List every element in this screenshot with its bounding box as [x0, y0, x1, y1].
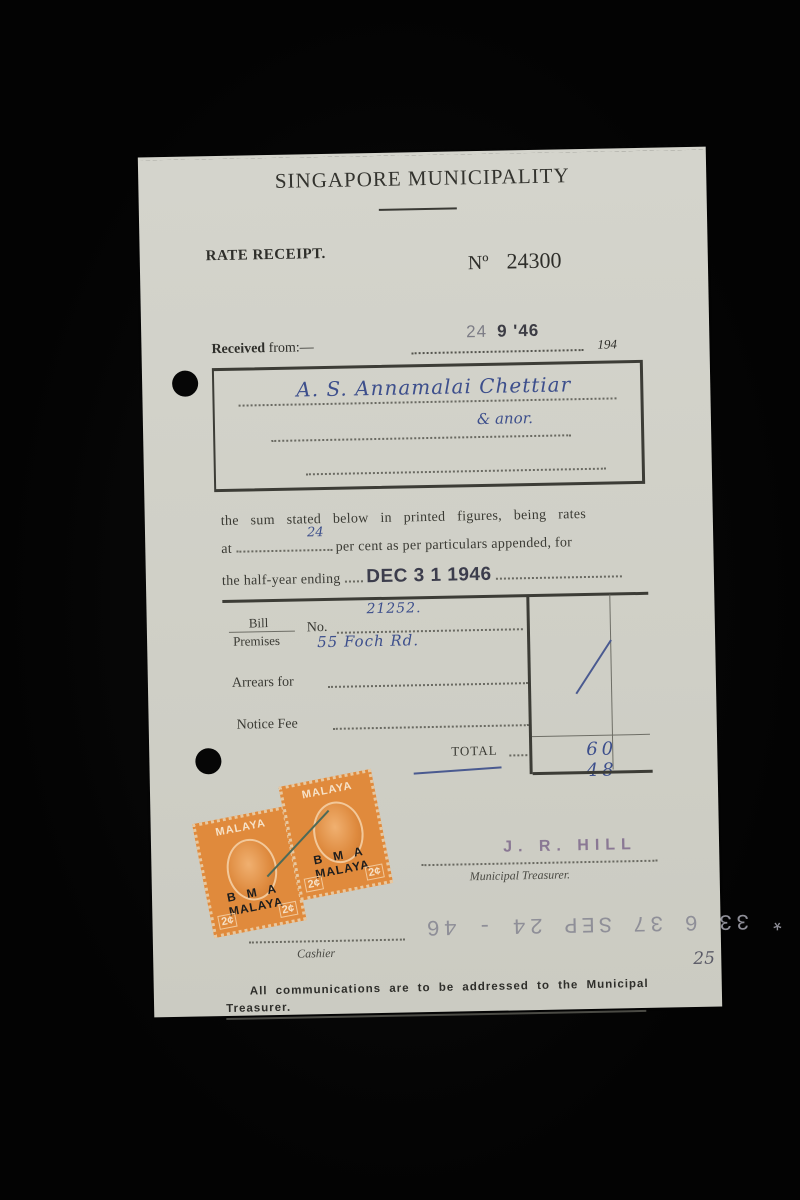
cash-register-imprint: A - 060 48 * 33 6 37 SEP 24 - 46 [422, 904, 800, 940]
handwritten-slash-mark [575, 639, 611, 694]
arrears-label: Arrears for [232, 675, 294, 692]
treasurer-dotted-line [421, 860, 657, 867]
stamp-value: 2¢ [304, 875, 325, 892]
payer-box: A. S. Annamalai Chettiar & anor. [212, 360, 645, 492]
punch-hole [172, 370, 198, 396]
total-dotted-line [509, 754, 527, 756]
received-label-rest: from:— [265, 340, 314, 356]
bill-label: Bill [249, 615, 269, 631]
payer-dotted-line [271, 434, 571, 442]
body-line-2: at per cent as per particulars appended,… [221, 534, 649, 558]
body-line-3-prefix: the half-year ending [222, 572, 341, 589]
form-name: RATE RECEIPT. [206, 246, 326, 265]
halfyear-dotted-fill [344, 576, 362, 582]
document-title: SINGAPORE MUNICIPALITY [138, 161, 706, 197]
cashier-label: Cashier [297, 946, 335, 962]
total-rule [532, 734, 650, 737]
date-stamp-month-year: 9 '46 [497, 321, 539, 341]
pencil-note: 25 [693, 949, 715, 969]
notice-fee-label: Notice Fee [237, 717, 298, 734]
stamp-value: 2¢ [278, 901, 299, 918]
received-from-label: Received from:— [211, 340, 314, 358]
total-handwritten-underline [414, 766, 502, 774]
cashier-dotted-line [249, 939, 405, 944]
received-label-bold: Received [211, 341, 265, 357]
payer-extra-handwritten: & anor. [477, 409, 533, 428]
total-label: TOTAL [451, 743, 498, 760]
notice-fee-dotted-line [333, 724, 529, 730]
stamp-value: 2¢ [217, 913, 238, 930]
stamp-country: MALAYA [283, 776, 372, 805]
date-stamp-day: 24 [466, 322, 487, 341]
amount-column: 60 48 [526, 594, 650, 774]
photo-background: SINGAPORE MUNICIPALITY RATE RECEIPT. Nº2… [0, 0, 800, 1200]
payer-name-handwritten: A. S. Annamalai Chettiar [296, 372, 571, 401]
body-line-3: the half-year ending DEC 3 1 1946 [222, 561, 650, 591]
total-amount-handwritten: 60 48 [586, 738, 651, 781]
rate-handwritten: 24 [307, 525, 324, 540]
receipt-number-label: Nº [468, 252, 489, 274]
receipt-number-value: 24300 [506, 247, 561, 273]
body-line-2-suffix: per cent as per particulars appended, fo… [336, 535, 573, 555]
perforated-edge [138, 144, 706, 161]
bill-number-handwritten: 21252. [366, 600, 421, 617]
body-line-1: the sum stated below in printed figures,… [221, 506, 649, 530]
halfyear-dotted-fill [495, 571, 621, 579]
treasurer-title: Municipal Treasurer. [470, 867, 571, 884]
halfyear-date-stamp: DEC 3 1 1946 [366, 564, 492, 587]
rate-receipt-document: SINGAPORE MUNICIPALITY RATE RECEIPT. Nº2… [138, 147, 722, 1018]
arrears-dotted-line [328, 682, 528, 688]
stamp-country: MALAYA [196, 814, 285, 843]
punch-hole [195, 748, 221, 774]
premises-label: Premises [233, 633, 280, 650]
treasurer-signature-stamp: J. R. HILL [503, 836, 637, 857]
receipt-number: Nº24300 [468, 247, 562, 275]
body-line-2-prefix: at [221, 542, 232, 557]
stamp-value: 2¢ [364, 863, 385, 880]
premises-handwritten: 55 Foch Rd. [317, 631, 419, 651]
title-underline [379, 207, 457, 210]
payer-dotted-line [306, 468, 606, 476]
date-stamp: 249 '46 [466, 321, 539, 342]
rate-dotted-fill [236, 545, 332, 553]
year-prefix: 194 [597, 336, 617, 352]
